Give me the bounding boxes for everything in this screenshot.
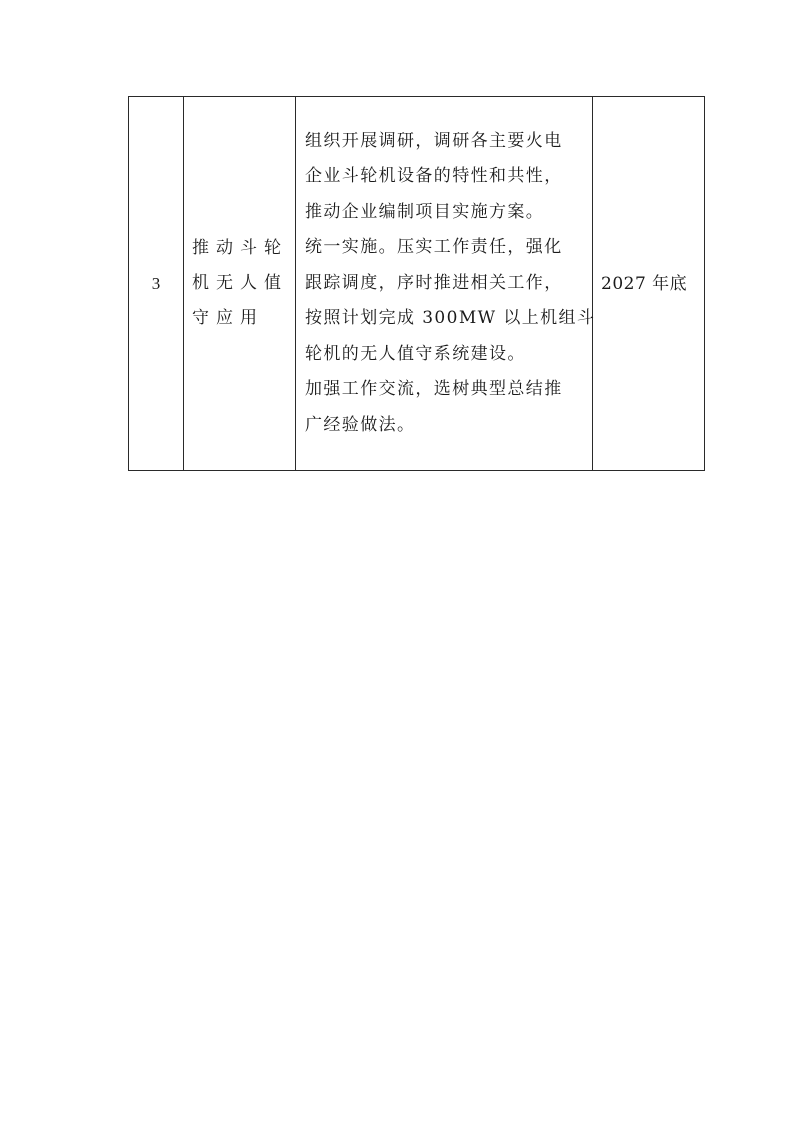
- measure-line: 推动企业编制项目实施方案。: [305, 195, 586, 231]
- task-name-cell: 推动斗轮 机无人值 守应用: [184, 97, 296, 471]
- row-index-cell: 3: [129, 97, 184, 471]
- deadline-text: 2027 年底: [601, 274, 687, 294]
- measure-line: 轮机的无人值守系统建设。: [305, 337, 586, 373]
- measure-line: 加强工作交流，选树典型总结推: [305, 372, 586, 408]
- measure-line: 广经验做法。: [305, 408, 586, 444]
- task-name-line: 守应用: [192, 301, 291, 336]
- measure-line: 按照计划完成 300MW 以上机组斗: [305, 301, 586, 337]
- task-table: 3 推动斗轮 机无人值 守应用 组织开展调研，调研各主要火电 企业斗轮机设备的特…: [128, 96, 705, 471]
- measure-line: 企业斗轮机设备的特性和共性，: [305, 159, 586, 195]
- measures-cell: 组织开展调研，调研各主要火电 企业斗轮机设备的特性和共性， 推动企业编制项目实施…: [296, 97, 593, 471]
- measure-line: 跟踪调度，序时推进相关工作，: [305, 266, 586, 302]
- document-page: 3 推动斗轮 机无人值 守应用 组织开展调研，调研各主要火电 企业斗轮机设备的特…: [0, 0, 794, 1123]
- deadline-cell: 2027 年底: [593, 97, 705, 471]
- measure-line: 组织开展调研，调研各主要火电: [305, 124, 586, 160]
- measure-line: 统一实施。压实工作责任，强化: [305, 230, 586, 266]
- task-name-line: 机无人值: [192, 266, 291, 301]
- task-name-line: 推动斗轮: [192, 231, 291, 266]
- table-row: 3 推动斗轮 机无人值 守应用 组织开展调研，调研各主要火电 企业斗轮机设备的特…: [129, 97, 705, 471]
- row-index: 3: [152, 274, 161, 293]
